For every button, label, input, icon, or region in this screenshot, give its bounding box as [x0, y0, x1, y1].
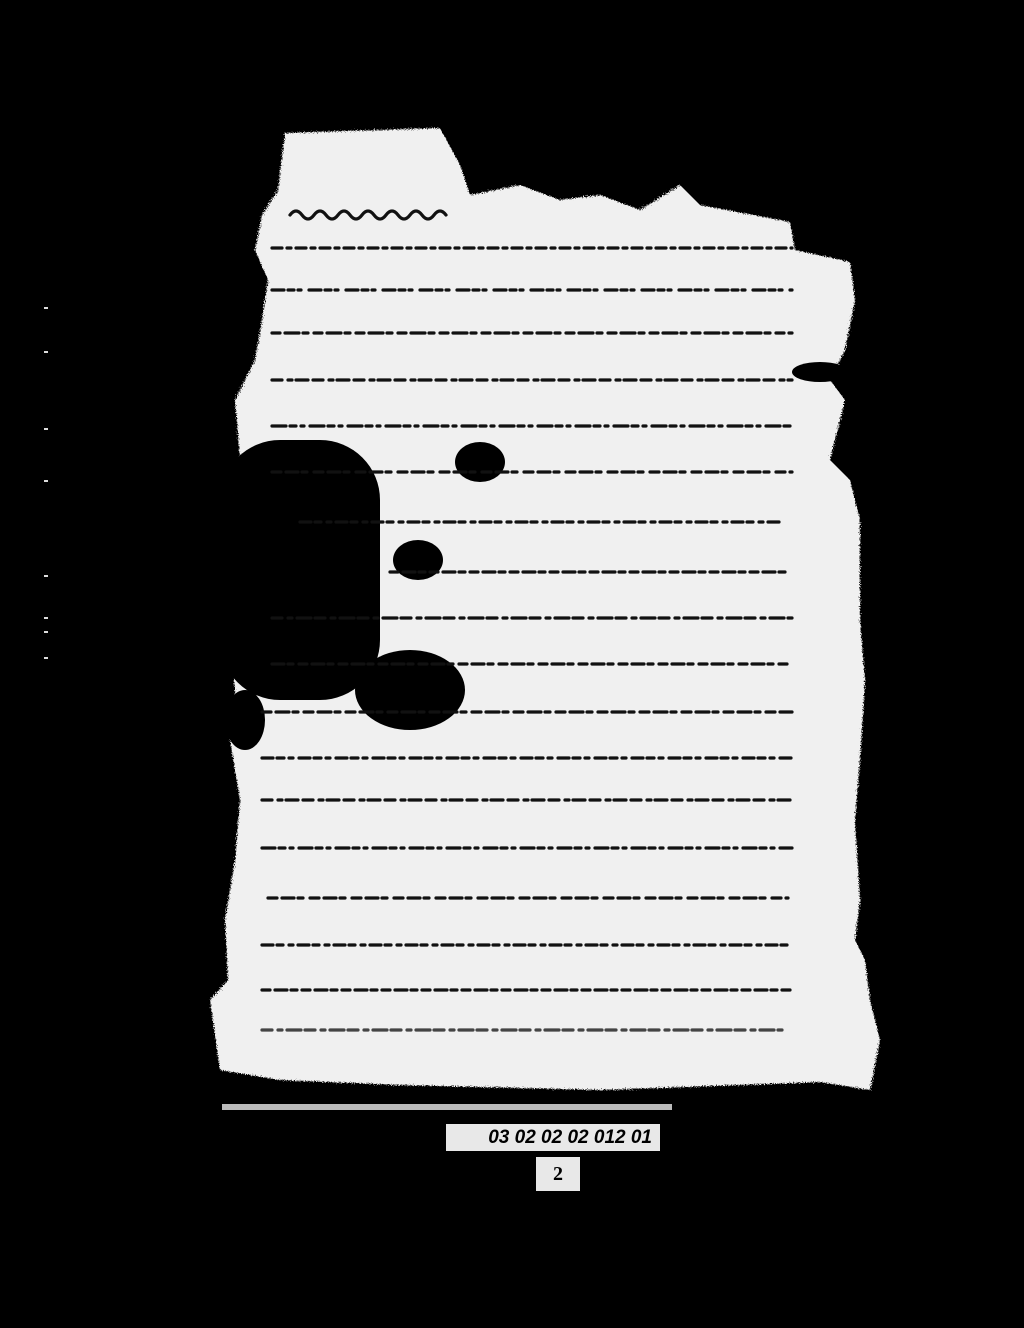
edge-mark	[44, 307, 48, 309]
edge-mark	[44, 657, 48, 659]
edge-mark	[44, 617, 48, 619]
page-number-label: 2	[536, 1157, 580, 1191]
edge-mark	[44, 428, 48, 430]
shelfmark-label: 03 02 02 02 012 01	[446, 1124, 660, 1151]
edge-mark	[44, 631, 48, 633]
edge-mark	[44, 575, 48, 577]
edge-mark	[44, 351, 48, 353]
edge-mark	[44, 480, 48, 482]
bottom-strip	[222, 1104, 672, 1110]
